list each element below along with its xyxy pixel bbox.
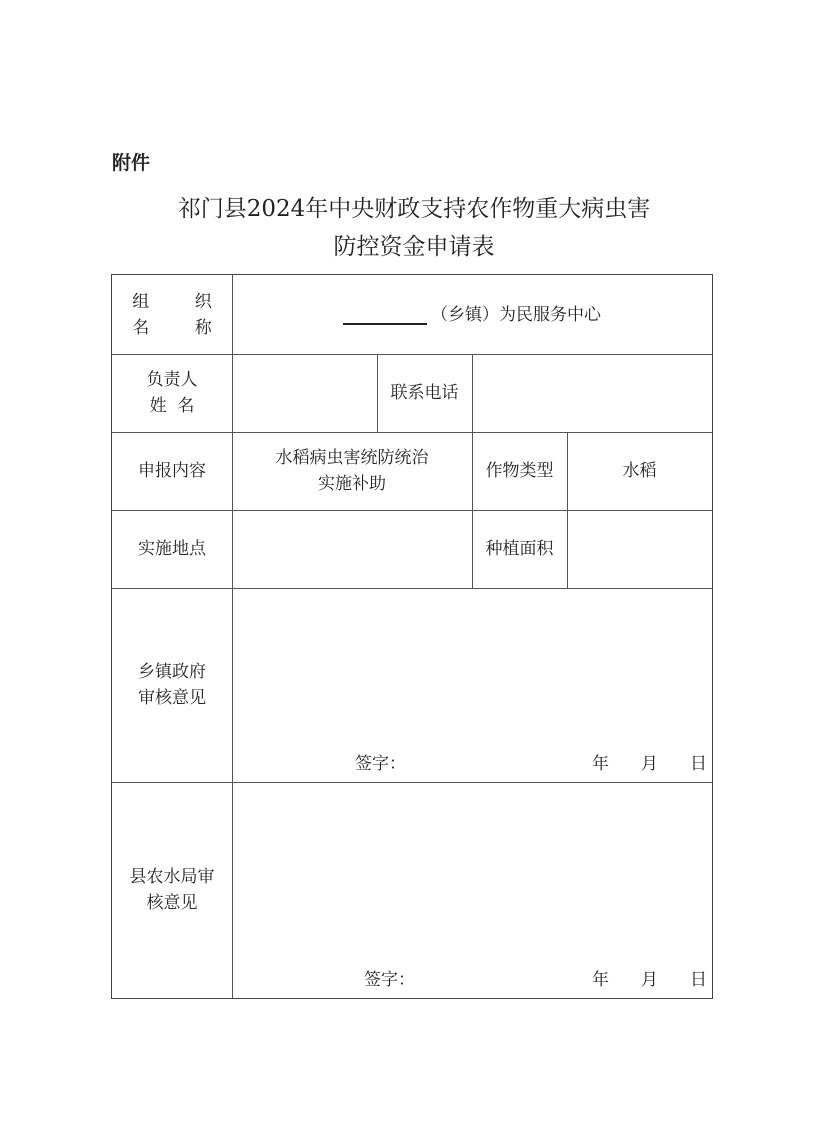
day-label: 日 (690, 965, 707, 990)
day-label: 日 (690, 749, 707, 774)
content-value-line1: 水稻病虫害统防统治 (276, 445, 429, 471)
content-value: 水稻病虫害统防统治 实施补助 (232, 432, 472, 510)
leader-label-line1: 负责人 (147, 367, 198, 393)
township-signature-label: 签字： (355, 749, 406, 774)
township-date: 年 月 日 (592, 749, 707, 774)
area-field[interactable] (567, 510, 712, 588)
org-name-label: 组 织 名 称 (112, 275, 232, 354)
org-name-field[interactable]: （乡镇）为民服务中心 (232, 275, 712, 354)
township-review-label-line1: 乡镇政府 (138, 659, 206, 685)
phone-label: 联系电话 (377, 354, 472, 432)
county-signature-label: 签字： (364, 965, 415, 990)
attachment-label: 附件 (112, 148, 150, 175)
org-name-label-line1: 组 织 (132, 289, 231, 315)
county-date: 年 月 日 (592, 965, 707, 990)
county-review-label: 县农水局审 核意见 (112, 782, 232, 998)
location-field[interactable] (232, 510, 472, 588)
leader-name-field[interactable] (232, 354, 377, 432)
year-label: 年 (592, 749, 609, 774)
area-label: 种植面积 (472, 510, 567, 588)
township-review-label-line2: 审核意见 (138, 685, 206, 711)
crop-type-value: 水稻 (567, 432, 712, 510)
county-review-label-line2: 核意见 (147, 890, 198, 916)
county-review-label-line1: 县农水局审 (130, 864, 215, 890)
leader-name-label: 负责人 姓 名 (112, 354, 232, 432)
document-title-line2: 防控资金申请表 (6, 228, 816, 261)
crop-type-label: 作物类型 (472, 432, 567, 510)
content-value-line2: 实施补助 (318, 471, 386, 497)
township-review-label: 乡镇政府 审核意见 (112, 588, 232, 782)
org-name-blank-input[interactable] (343, 305, 427, 325)
phone-field[interactable] (472, 354, 712, 432)
month-label: 月 (641, 965, 658, 990)
month-label: 月 (641, 749, 658, 774)
location-label: 实施地点 (112, 510, 232, 588)
year-label: 年 (592, 965, 609, 990)
org-name-label-line2: 名 称 (132, 315, 231, 341)
application-form-table: 组 织 名 称 （乡镇）为民服务中心 负责人 姓 名 联系电话 申报内容 水稻病… (111, 274, 713, 999)
content-label: 申报内容 (112, 432, 232, 510)
org-name-suffix: （乡镇）为民服务中心 (431, 302, 601, 328)
document-title-line1: 祁门县2024年中央财政支持农作物重大病虫害 (6, 190, 816, 223)
leader-label-line2: 姓 名 (150, 393, 195, 419)
